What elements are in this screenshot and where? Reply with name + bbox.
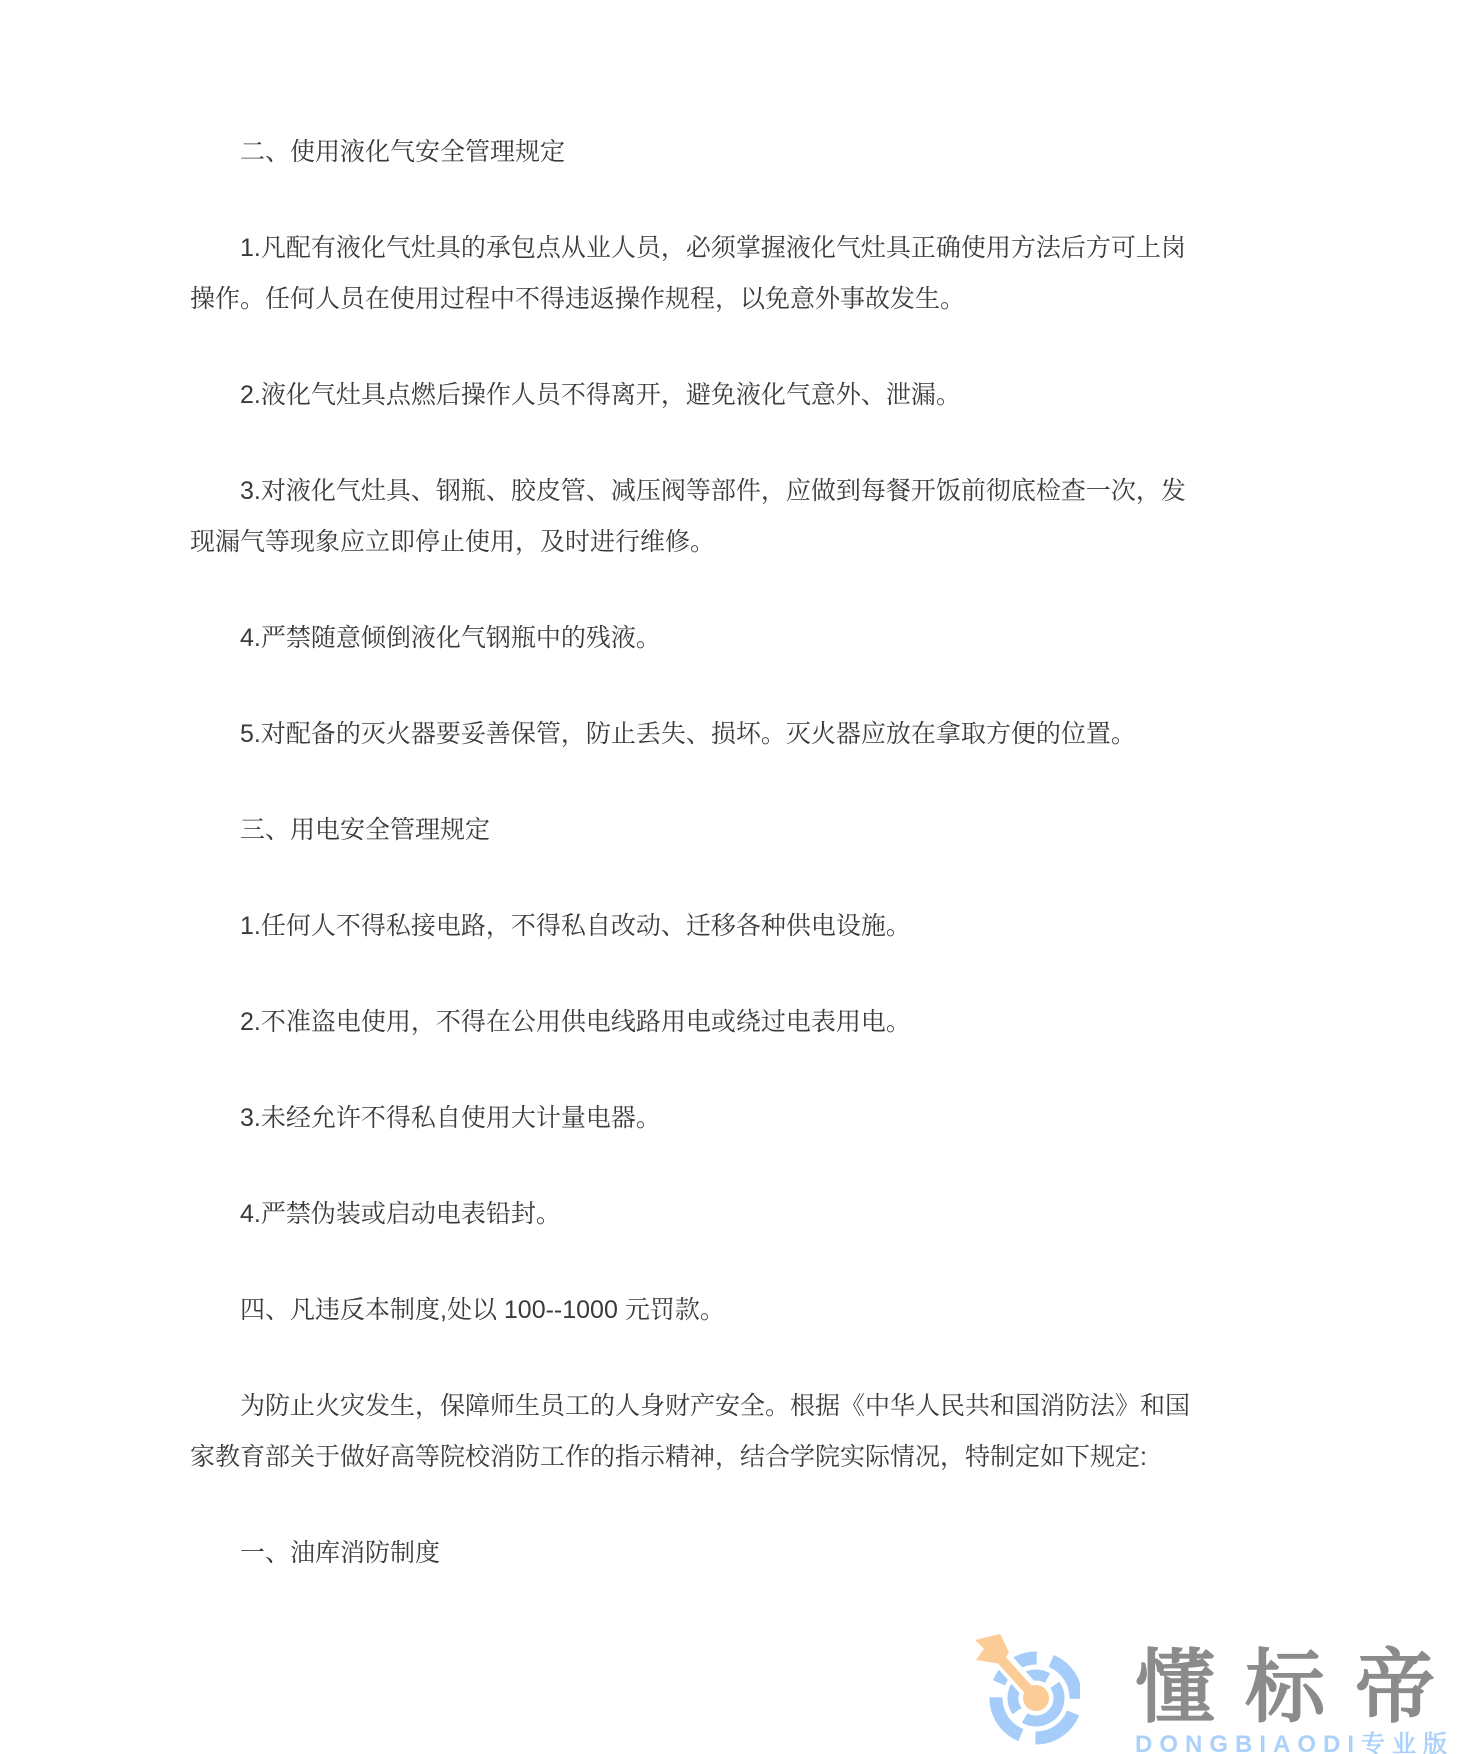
section-heading: 四、凡违反本制度,处以 100--1000 元罚款。 [190,1285,1190,1336]
paragraph: 为防止火灾发生，保障师生员工的人身财产安全。根据《中华人民共和国消防法》和国家教… [190,1381,1190,1483]
paragraph: 1.凡配有液化气灶具的承包点从业人员，必须掌握液化气灶具正确使用方法后方可上岗操… [190,223,1190,325]
paragraph: 2.液化气灶具点燃后操作人员不得离开，避免液化气意外、泄漏。 [190,370,1190,421]
dongbiaodi-watermark: 懂标帝 DONGBIAODI专业版 [962,1632,1465,1754]
document-page: 二、使用液化气安全管理规定 1.凡配有液化气灶具的承包点从业人员，必须掌握液化气… [0,0,1477,1754]
paragraph: 2.不准盗电使用，不得在公用供电线路用电或绕过电表用电。 [190,997,1190,1048]
watermark-brand-latin: DONGBIAODI [1135,1731,1361,1754]
document-body: 二、使用液化气安全管理规定 1.凡配有液化气灶具的承包点从业人员，必须掌握液化气… [0,0,1190,1624]
paragraph: 1.任何人不得私接电路，不得私自改动、迁移各种供电设施。 [190,901,1190,952]
watermark-text: 懂标帝 DONGBIAODI专业版 [1135,1632,1465,1754]
section-heading: 二、使用液化气安全管理规定 [190,127,1190,178]
watermark-brand-cn: 懂标帝 [1135,1653,1465,1723]
paragraph: 3.对液化气灶具、钢瓶、胶皮管、减压阀等部件，应做到每餐开饭前彻底检查一次，发现… [190,466,1190,568]
paragraph: 3.未经允许不得私自使用大计量电器。 [190,1093,1190,1144]
section-heading: 一、油库消防制度 [190,1528,1190,1579]
watermark-edition: 专业版 [1361,1731,1454,1754]
watermark-brand-en-line: DONGBIAODI专业版 [1135,1733,1465,1754]
paragraph: 5.对配备的灭火器要妥善保管，防止丢失、损坏。灭火器应放在拿取方便的位置。 [190,709,1190,760]
paragraph: 4.严禁伪装或启动电表铅封。 [190,1189,1190,1240]
section-heading: 三、用电安全管理规定 [190,805,1190,856]
paragraph: 4.严禁随意倾倒液化气钢瓶中的残液。 [190,613,1190,664]
target-arrow-icon [962,1632,1080,1754]
